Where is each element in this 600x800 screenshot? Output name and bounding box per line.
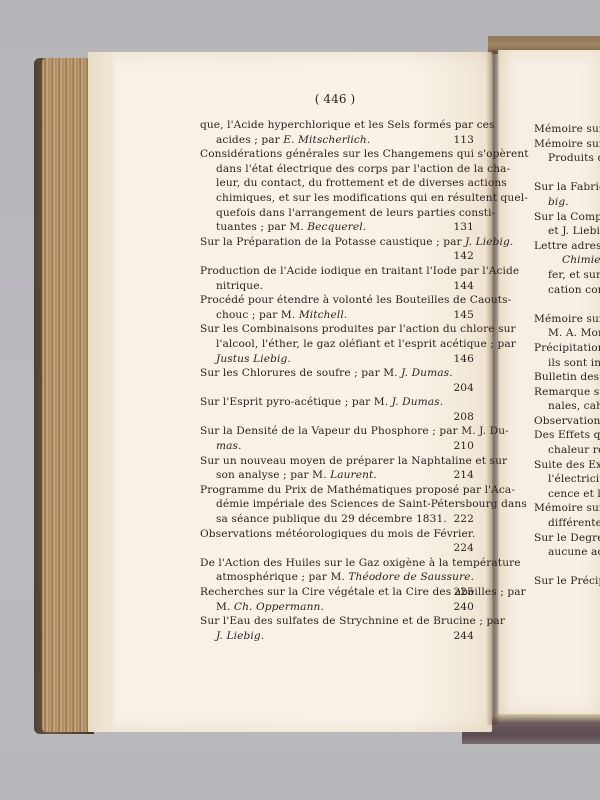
toc-entry-line: dans l'état électrique des corps par l'a… bbox=[200, 162, 474, 177]
toc-entry-page-number: 146 bbox=[453, 352, 474, 367]
toc-entry-text: M. bbox=[216, 601, 234, 613]
toc-entry: Sur les Chlorures de soufre ; par M. J. … bbox=[200, 366, 474, 395]
toc-entry-line: chouc ; par M. Mitchell.145 bbox=[200, 308, 474, 323]
toc-entry-line: chimiques, et sur les modifications qui … bbox=[200, 191, 474, 206]
toc-entry-line: Sur les Chlorures de soufre ; par M. J. … bbox=[200, 366, 474, 381]
toc-entry-line: Sur les Combinaisons produites par l'act… bbox=[200, 322, 474, 337]
toc-right-line: et J. Liebig bbox=[534, 224, 600, 239]
toc-right-line: Bulletin des Sé bbox=[534, 370, 600, 385]
toc-right-gap bbox=[534, 166, 600, 181]
toc-entry: Observations météorologiques du mois de … bbox=[200, 527, 474, 556]
toc-entry-line: Procédé pour étendre à volonté les Boute… bbox=[200, 293, 474, 308]
toc-entry-text: Sur la Préparation de la Potasse caustiq… bbox=[200, 236, 465, 248]
toc-right-line: nales, cahi bbox=[534, 399, 600, 414]
toc-right-line: Sur le Degré bbox=[534, 531, 600, 546]
toc-entry-page-number: 204 bbox=[200, 381, 474, 396]
toc-entry: Sur un nouveau moyen de préparer la Naph… bbox=[200, 454, 474, 483]
toc-entry-author: J. Liebig. bbox=[216, 630, 264, 642]
toc-entry: Sur l'Eau des sulfates de Strychnine et … bbox=[200, 614, 474, 643]
toc-entry-page-number: 142 bbox=[200, 249, 474, 264]
toc-right-line: Précipitation bbox=[534, 341, 600, 356]
toc-right-line: cence et la bbox=[534, 487, 600, 502]
toc-entry-line: nitrique.144 bbox=[200, 279, 474, 294]
toc-right-line: Mémoire sur l bbox=[534, 501, 600, 516]
toc-entry: Programme du Prix de Mathématiques propo… bbox=[200, 483, 474, 527]
toc-right-gap bbox=[534, 297, 600, 312]
toc-right-line: Suite des Exp bbox=[534, 458, 600, 473]
toc-right-line: ils sont inég bbox=[534, 356, 600, 371]
left-page-edge bbox=[88, 52, 114, 732]
toc-right-line: Mémoire sur l bbox=[534, 122, 600, 137]
toc-entry-line: De l'Action des Huiles sur le Gaz oxigèn… bbox=[200, 556, 474, 571]
toc-entry-line: tuantes ; par M. Becquerel.131 bbox=[200, 220, 474, 235]
toc-entry-line: Sur l'Eau des sulfates de Strychnine et … bbox=[200, 614, 474, 629]
toc-entry-line: M. Ch. Oppermann.240 bbox=[200, 600, 474, 615]
toc-entry-author: E. Mitscherlich. bbox=[283, 134, 370, 146]
toc-entry-line: Sur la Densité de la Vapeur du Phosphore… bbox=[200, 424, 474, 439]
toc-entry-author: Théodore de Saussure. bbox=[348, 571, 474, 583]
toc-entry-line: démie impériale des Sciences de Saint-Pé… bbox=[200, 497, 474, 512]
toc-entry-page-number: 113 bbox=[453, 133, 474, 148]
toc-entry-line: leur, du contact, du frottement et de di… bbox=[200, 176, 474, 191]
toc-entry-line: Programme du Prix de Mathématiques propo… bbox=[200, 483, 474, 498]
toc-entry-line: Justus Liebig.146 bbox=[200, 352, 474, 367]
toc-entry-text: Observations météorologiques du mois de … bbox=[200, 528, 475, 540]
toc-right-line: Observations bbox=[534, 414, 600, 429]
toc-entry-line: mas.210 bbox=[200, 439, 474, 454]
toc-entry-author: J. Dumas. bbox=[401, 367, 453, 379]
toc-entry: Procédé pour étendre à volonté les Boute… bbox=[200, 293, 474, 322]
right-page-text-clip: Mémoire sur lMémoire sur laProduits de S… bbox=[498, 50, 600, 714]
toc-right-line: Lettre adressé bbox=[534, 239, 600, 254]
toc-right-line: cation comp bbox=[534, 283, 600, 298]
toc-right-line: big. bbox=[534, 195, 600, 210]
toc-right-line: Mémoire sur la bbox=[534, 137, 600, 152]
toc-entry: Sur l'Esprit pyro-acétique ; par M. J. D… bbox=[200, 395, 474, 424]
toc-entry-line: acides ; par E. Mitscherlich.113 bbox=[200, 133, 474, 148]
toc-right-line: chaleur ren bbox=[534, 443, 600, 458]
toc-entry-text: sa séance publique du 29 décembre 1831. bbox=[216, 513, 447, 525]
toc-entry-text: son analyse ; par M. bbox=[216, 469, 330, 481]
toc-right-gap bbox=[534, 560, 600, 575]
toc-right-line: Des Effets que bbox=[534, 428, 600, 443]
toc-entry-author: Laurent. bbox=[330, 469, 377, 481]
toc-entry-page-number: 214 bbox=[453, 468, 474, 483]
toc-entry-line: Sur la Préparation de la Potasse caustiq… bbox=[200, 235, 474, 250]
toc-entry: que, l'Acide hyperchlorique et les Sels … bbox=[200, 118, 474, 147]
toc-entry-line: atmosphérique ; par M. Théodore de Sauss… bbox=[200, 570, 474, 585]
toc-entry: Production de l'Acide iodique en traitan… bbox=[200, 264, 474, 293]
toc-entry-author: Becquerel. bbox=[307, 221, 366, 233]
toc-right-line: aucune act bbox=[534, 545, 600, 560]
toc-right-line: Sur le Précipi bbox=[534, 574, 600, 589]
toc-entry: Sur la Préparation de la Potasse caustiq… bbox=[200, 235, 474, 264]
toc-entry-line: Recherches sur la Cire végétale et la Ci… bbox=[200, 585, 474, 600]
toc-entry-text: chouc ; par M. bbox=[216, 309, 299, 321]
toc-entry-author: Ch. Oppermann. bbox=[234, 601, 324, 613]
toc-entry-page-number: 144 bbox=[453, 279, 474, 294]
toc-entry-author: J. Dumas. bbox=[392, 396, 444, 408]
toc-entry-text: Sur l'Esprit pyro-acétique ; par M. bbox=[200, 396, 392, 408]
toc-entry-page-number: 131 bbox=[453, 220, 474, 235]
toc-entry-page-number: 240 bbox=[453, 600, 474, 615]
toc-entry-page-number: 222 bbox=[453, 512, 474, 527]
toc-entry-page-number: 208 bbox=[200, 410, 474, 425]
toc-right-line: fer, et sur u bbox=[534, 268, 600, 283]
toc-entry-line: Observations météorologiques du mois de … bbox=[200, 527, 474, 542]
toc-right-line: Mémoire sur bbox=[534, 312, 600, 327]
toc-entry: Sur la Densité de la Vapeur du Phosphore… bbox=[200, 424, 474, 453]
toc-right-line: Chimie et a bbox=[534, 253, 600, 268]
toc-entry-author: mas. bbox=[216, 440, 242, 452]
toc-right-line: l'électricité bbox=[534, 472, 600, 487]
table-of-contents-right: Mémoire sur lMémoire sur laProduits de S… bbox=[534, 122, 600, 589]
toc-entry: De l'Action des Huiles sur le Gaz oxigèn… bbox=[200, 556, 474, 585]
toc-entry-page-number: 244 bbox=[453, 629, 474, 644]
page-number: ( 446 ) bbox=[310, 92, 360, 107]
toc-entry-line: son analyse ; par M. Laurent.214 bbox=[200, 468, 474, 483]
toc-entry-line: Sur un nouveau moyen de préparer la Naph… bbox=[200, 454, 474, 469]
toc-entry-line: Production de l'Acide iodique en traitan… bbox=[200, 264, 474, 279]
toc-right-line: Sur la Fabricat bbox=[534, 180, 600, 195]
toc-entry-line: Considérations générales sur les Changem… bbox=[200, 147, 474, 162]
toc-entry-author: Justus Liebig. bbox=[216, 353, 291, 365]
table-of-contents-left: que, l'Acide hyperchlorique et les Sels … bbox=[200, 118, 474, 643]
toc-entry-text: Sur les Chlorures de soufre ; par M. bbox=[200, 367, 401, 379]
toc-right-line: Sur la Compos bbox=[534, 210, 600, 225]
toc-entry-line: l'alcool, l'éther, le gaz oléfiant et l'… bbox=[200, 337, 474, 352]
toc-entry-line: J. Liebig.244 bbox=[200, 629, 474, 644]
toc-entry-line: Sur l'Esprit pyro-acétique ; par M. J. D… bbox=[200, 395, 474, 410]
toc-right-line: Remarque su bbox=[534, 385, 600, 400]
toc-entry-line: quefois dans l'arrangement de leurs part… bbox=[200, 206, 474, 221]
toc-entry-line: que, l'Acide hyperchlorique et les Sels … bbox=[200, 118, 474, 133]
toc-entry-text: nitrique. bbox=[216, 280, 263, 292]
toc-entry: Considérations générales sur les Changem… bbox=[200, 147, 474, 235]
toc-entry-page-number: 210 bbox=[453, 439, 474, 454]
toc-entry: Recherches sur la Cire végétale et la Ci… bbox=[200, 585, 474, 614]
toc-entry-line: sa séance publique du 29 décembre 1831.2… bbox=[200, 512, 474, 527]
toc-right-line: M. A. Mori bbox=[534, 326, 600, 341]
toc-right-line: Produits de bbox=[534, 151, 600, 166]
toc-entry-author: Mitchell. bbox=[299, 309, 348, 321]
toc-entry-page-number: 145 bbox=[453, 308, 474, 323]
toc-entry-page-number: 224 bbox=[200, 541, 474, 556]
toc-entry: Sur les Combinaisons produites par l'act… bbox=[200, 322, 474, 366]
toc-right-line: différentes bbox=[534, 516, 600, 531]
toc-entry-text: atmosphérique ; par M. bbox=[216, 571, 348, 583]
toc-entry-text: acides ; par bbox=[216, 134, 283, 146]
toc-entry-text: tuantes ; par M. bbox=[216, 221, 307, 233]
